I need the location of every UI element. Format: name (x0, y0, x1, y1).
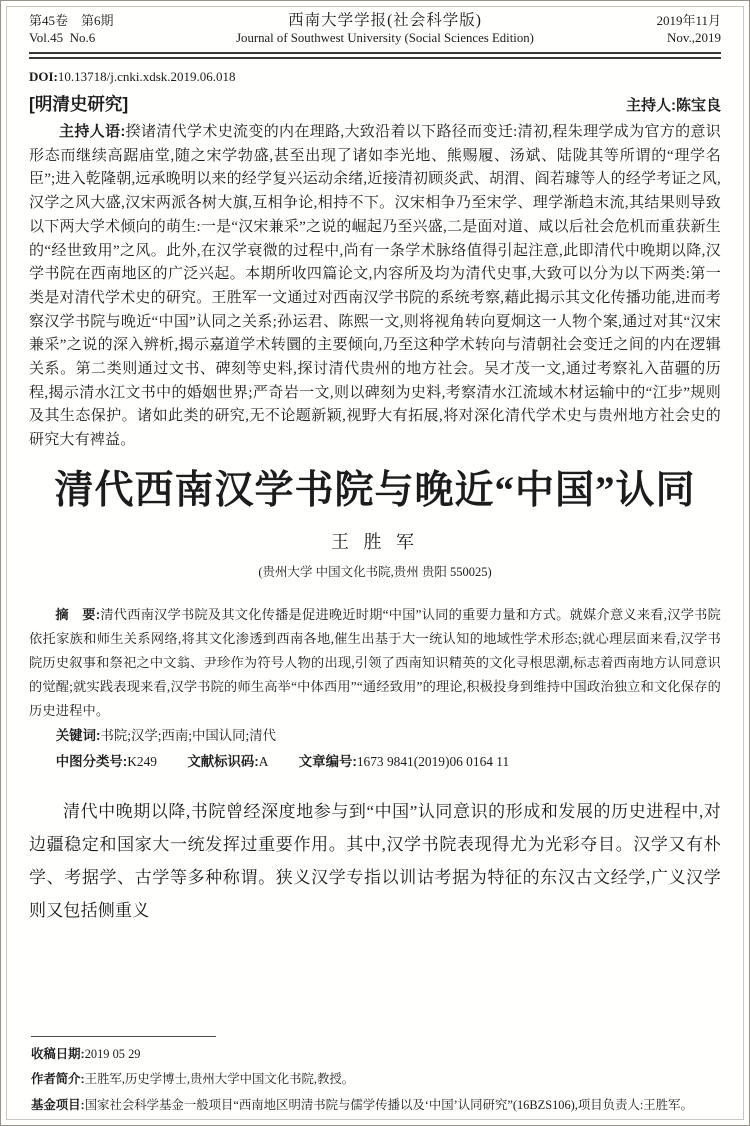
issue-volume-en: Vol.45 No.6 (29, 29, 114, 46)
abstract-paragraph: 摘 要:清代西南汉学书院及其文化传播是促进晚近时期“中国”认同的重要力量和方式。… (29, 603, 721, 723)
abstract-label: 摘 要: (55, 607, 100, 622)
article-title: 清代西南汉学书院与晚近“中国”认同 (29, 466, 721, 516)
preface-label: 主持人语: (59, 123, 126, 140)
clc-number: 中图分类号:K249 (56, 754, 157, 769)
column-host: 主持人:陈宝良 (626, 94, 721, 115)
issue-date-cn: 2019年11月 (656, 12, 721, 29)
keywords-line: 关键词:书院;汉学;西南;中国认同;清代 (29, 724, 721, 747)
journal-title-block: 西南大学学报(社会科学版) Journal of Southwest Unive… (114, 12, 657, 47)
author-affiliation: (贵州大学 中国文化书院,贵州 贵阳 550025) (29, 564, 721, 580)
journal-masthead: 第45卷 第6期 Vol.45 No.6 西南大学学报(社会科学版) Journ… (29, 12, 721, 47)
article-id: 文章编号:1673 9841(2019)06 0164 11 (299, 754, 509, 769)
fund-project-note: 基金项目:国家社会科学基金一般项目“西南地区明清书院与儒学传播以及‘中国’认同研… (31, 1093, 721, 1119)
issue-info: 第45卷 第6期 Vol.45 No.6 (29, 12, 114, 46)
column-section-title: [明清史研究] (29, 91, 128, 116)
article-author: 王 胜 军 (29, 531, 721, 553)
keywords-text: 书院;汉学;西南;中国认同;清代 (100, 728, 276, 743)
keywords-label: 关键词: (56, 728, 101, 743)
document-code: 文献标识码:A (187, 754, 268, 769)
author-bio-note: 作者简介:王胜军,历史学博士,贵州大学中国文化书院,教授。 (31, 1067, 721, 1093)
received-date-note: 收稿日期:2019 05 29 (31, 1042, 721, 1068)
journal-title-en: Journal of Southwest University (Social … (114, 30, 657, 47)
host-preface-paragraph: 主持人语:揆诸清代学术史流变的内在理路,大致沿着以下路径而变迁:清初,程朱理学成… (29, 120, 721, 453)
doi-value: 10.13718/j.cnki.xdsk.2019.06.018 (58, 69, 236, 84)
footnote-block: 收稿日期:2019 05 29 作者简介:王胜军,历史学博士,贵州大学中国文化书… (31, 1036, 721, 1119)
doi-label: DOI: (29, 69, 58, 84)
journal-page: 第45卷 第6期 Vol.45 No.6 西南大学学报(社会科学版) Journ… (0, 0, 750, 1126)
preface-text: 揆诸清代学术史流变的内在理路,大致沿着以下路径而变迁:清初,程朱理学成为官方的意… (29, 124, 721, 448)
issue-volume-cn: 第45卷 第6期 (29, 12, 114, 29)
body-paragraph: 清代中晚期以降,书院曾经深度地参与到“中国”认同意识的形成和发展的历史进程中,对… (29, 795, 721, 927)
masthead-double-rule (29, 52, 721, 59)
classification-line: 中图分类号:K249 文献标识码:A 文章编号:1673 9841(2019)0… (29, 750, 721, 773)
abstract-text: 清代西南汉学书院及其文化传播是促进晚近时期“中国”认同的重要力量和方式。就媒介意… (29, 607, 721, 718)
issue-date: 2019年11月 Nov.,2019 (656, 12, 721, 46)
issue-date-en: Nov.,2019 (656, 29, 721, 46)
footnote-rule (31, 1036, 216, 1037)
column-header-row: [明清史研究] 主持人:陈宝良 (29, 91, 721, 116)
journal-title-cn: 西南大学学报(社会科学版) (114, 12, 657, 30)
doi-line: DOI:10.13718/j.cnki.xdsk.2019.06.018 (29, 69, 721, 85)
